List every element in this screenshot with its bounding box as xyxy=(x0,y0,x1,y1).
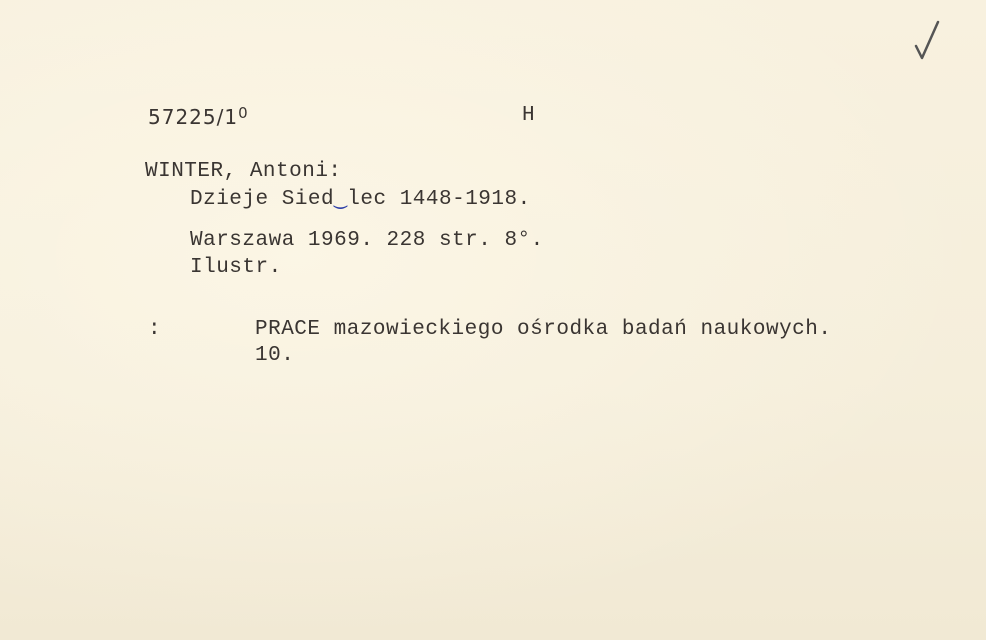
illustrations-note: Ilustr. xyxy=(190,256,282,279)
catalog-card: 57225/10 H WINTER, Antoni: Dzieje Sied‿l… xyxy=(0,0,986,640)
series-number: 10. xyxy=(255,344,294,367)
series-title: PRACE mazowieckiego ośrodka badań naukow… xyxy=(255,318,832,341)
author: WINTER, Antoni: xyxy=(145,160,342,183)
title-part: Dzieje Sied xyxy=(190,188,334,211)
call-number: 57225/10 xyxy=(148,104,249,129)
publication-info: Warszawa 1969. 228 str. 8°. xyxy=(190,229,544,252)
correction-mark: ‿ xyxy=(334,188,347,211)
title: Dzieje Sied‿lec 1448-1918. xyxy=(190,185,531,211)
title-part: lec 1448-1918. xyxy=(347,188,530,211)
checkmark-icon xyxy=(912,18,942,62)
series-colon: : xyxy=(148,318,161,341)
collection-marker: H xyxy=(522,104,535,127)
call-number-text: 57225/1 xyxy=(148,105,238,129)
call-number-suffix: 0 xyxy=(238,104,249,122)
